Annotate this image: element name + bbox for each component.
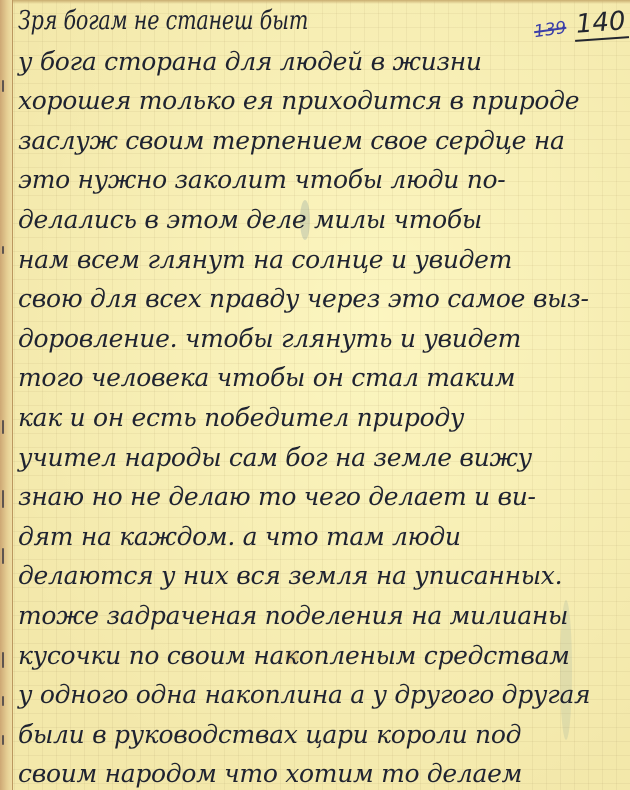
text-line: дят на каждом. а что там люди: [18, 517, 608, 557]
text-line: заслуж своим терпением свое сердце на: [18, 121, 608, 161]
text-line: учител народы сам бог на земле вижу: [18, 438, 608, 478]
text-line: того человека чтобы он стал таким: [18, 358, 608, 398]
text-line: делались в этом деле милы чтобы: [18, 200, 608, 240]
ink-mark: [2, 735, 4, 745]
text-line: кусочки по своим накопленым средствам: [18, 636, 608, 676]
handwritten-text: Зря богам не станеш быт у бога сторана д…: [18, 2, 608, 790]
text-line: доровление. чтобы глянуть и увидет: [18, 319, 608, 359]
ink-mark: [2, 696, 4, 706]
ink-mark: [2, 490, 4, 508]
text-line: своим народом что хотим то делаем: [18, 754, 608, 790]
text-line: как и он есть победител природу: [18, 398, 608, 438]
text-line: хорошея только ея приходится в природе: [18, 81, 608, 121]
text-line: были в руководствах цари короли под: [18, 715, 608, 755]
text-line: знаю но не делаю то чего делает и ви-: [18, 477, 608, 517]
margin-line: [12, 0, 13, 790]
text-line: у бога сторана для людей в жизни: [18, 42, 608, 82]
text-line: у одного одна накоплина а у другого друг…: [18, 675, 608, 715]
text-line: это нужно заколит чтобы люди по-: [18, 160, 608, 200]
ink-mark: [2, 420, 4, 434]
text-line: Зря богам не станеш быт: [18, 2, 488, 42]
ink-mark: [2, 80, 4, 92]
text-line: нам всем глянут на солнце и увидет: [18, 240, 608, 280]
ink-mark: [2, 246, 4, 254]
text-line: свою для всех правду через это самое выз…: [18, 279, 608, 319]
ink-mark: [2, 548, 4, 564]
facing-page-ink-marks: [0, 0, 12, 790]
ink-mark: [2, 652, 4, 668]
text-line: делаются у них вся земля на уписанных.: [18, 556, 608, 596]
notebook-page: 139 140 Зря богам не станеш быт у бога с…: [0, 0, 630, 790]
text-line: тоже задраченая поделения на милианы: [18, 596, 608, 636]
